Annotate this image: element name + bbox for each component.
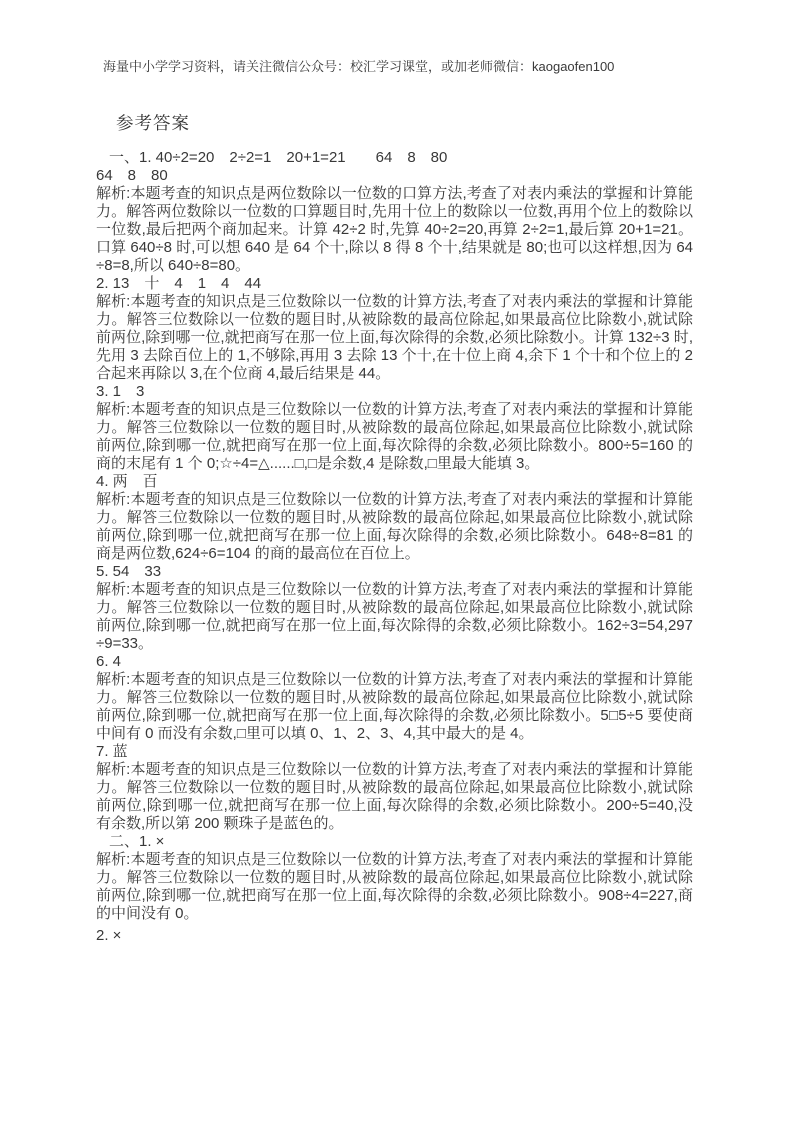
answer-line: 3. 1 3 <box>96 383 693 401</box>
analysis-paragraph: 解析:本题考查的知识点是三位数除以一位数的计算方法,考查了对表内乘法的掌握和计算… <box>96 491 693 563</box>
analysis-paragraph: 解析:本题考查的知识点是三位数除以一位数的计算方法,考查了对表内乘法的掌握和计算… <box>96 761 693 833</box>
answer-line: 4. 两 百 <box>96 473 693 491</box>
answer-line: 一、1. 40÷2=20 2÷2=1 20+1=21 64 8 80 <box>96 149 693 167</box>
analysis-paragraph: 解析:本题考查的知识点是三位数除以一位数的计算方法,考查了对表内乘法的掌握和计算… <box>96 401 693 473</box>
page-title: 参考答案 <box>116 111 190 135</box>
analysis-paragraph: 解析:本题考查的知识点是两位数除以一位数的口算方法,考查了对表内乘法的掌握和计算… <box>96 185 693 275</box>
answers-body: 一、1. 40÷2=20 2÷2=1 20+1=21 64 8 8064 8 8… <box>96 149 693 945</box>
document-page: 海量中小学学习资料，请关注微信公众号：校汇学习课堂，或加老师微信：kaogaof… <box>0 0 793 1122</box>
answer-line: 64 8 80 <box>96 167 693 185</box>
promo-header-text: 海量中小学学习资料，请关注微信公众号：校汇学习课堂，或加老师微信：kaogaof… <box>103 58 614 76</box>
analysis-paragraph: 解析:本题考查的知识点是三位数除以一位数的计算方法,考查了对表内乘法的掌握和计算… <box>96 293 693 383</box>
answer-line: 2. 13 十 4 1 4 44 <box>96 275 693 293</box>
answer-line: 6. 4 <box>96 653 693 671</box>
analysis-paragraph: 解析:本题考查的知识点是三位数除以一位数的计算方法,考查了对表内乘法的掌握和计算… <box>96 671 693 743</box>
answer-line: 2. × <box>96 927 693 945</box>
analysis-paragraph: 解析:本题考查的知识点是三位数除以一位数的计算方法,考查了对表内乘法的掌握和计算… <box>96 851 693 923</box>
answer-line: 5. 54 33 <box>96 563 693 581</box>
answer-line: 二、1. × <box>96 833 693 851</box>
answer-line: 7. 蓝 <box>96 743 693 761</box>
analysis-paragraph: 解析:本题考查的知识点是三位数除以一位数的计算方法,考查了对表内乘法的掌握和计算… <box>96 581 693 653</box>
